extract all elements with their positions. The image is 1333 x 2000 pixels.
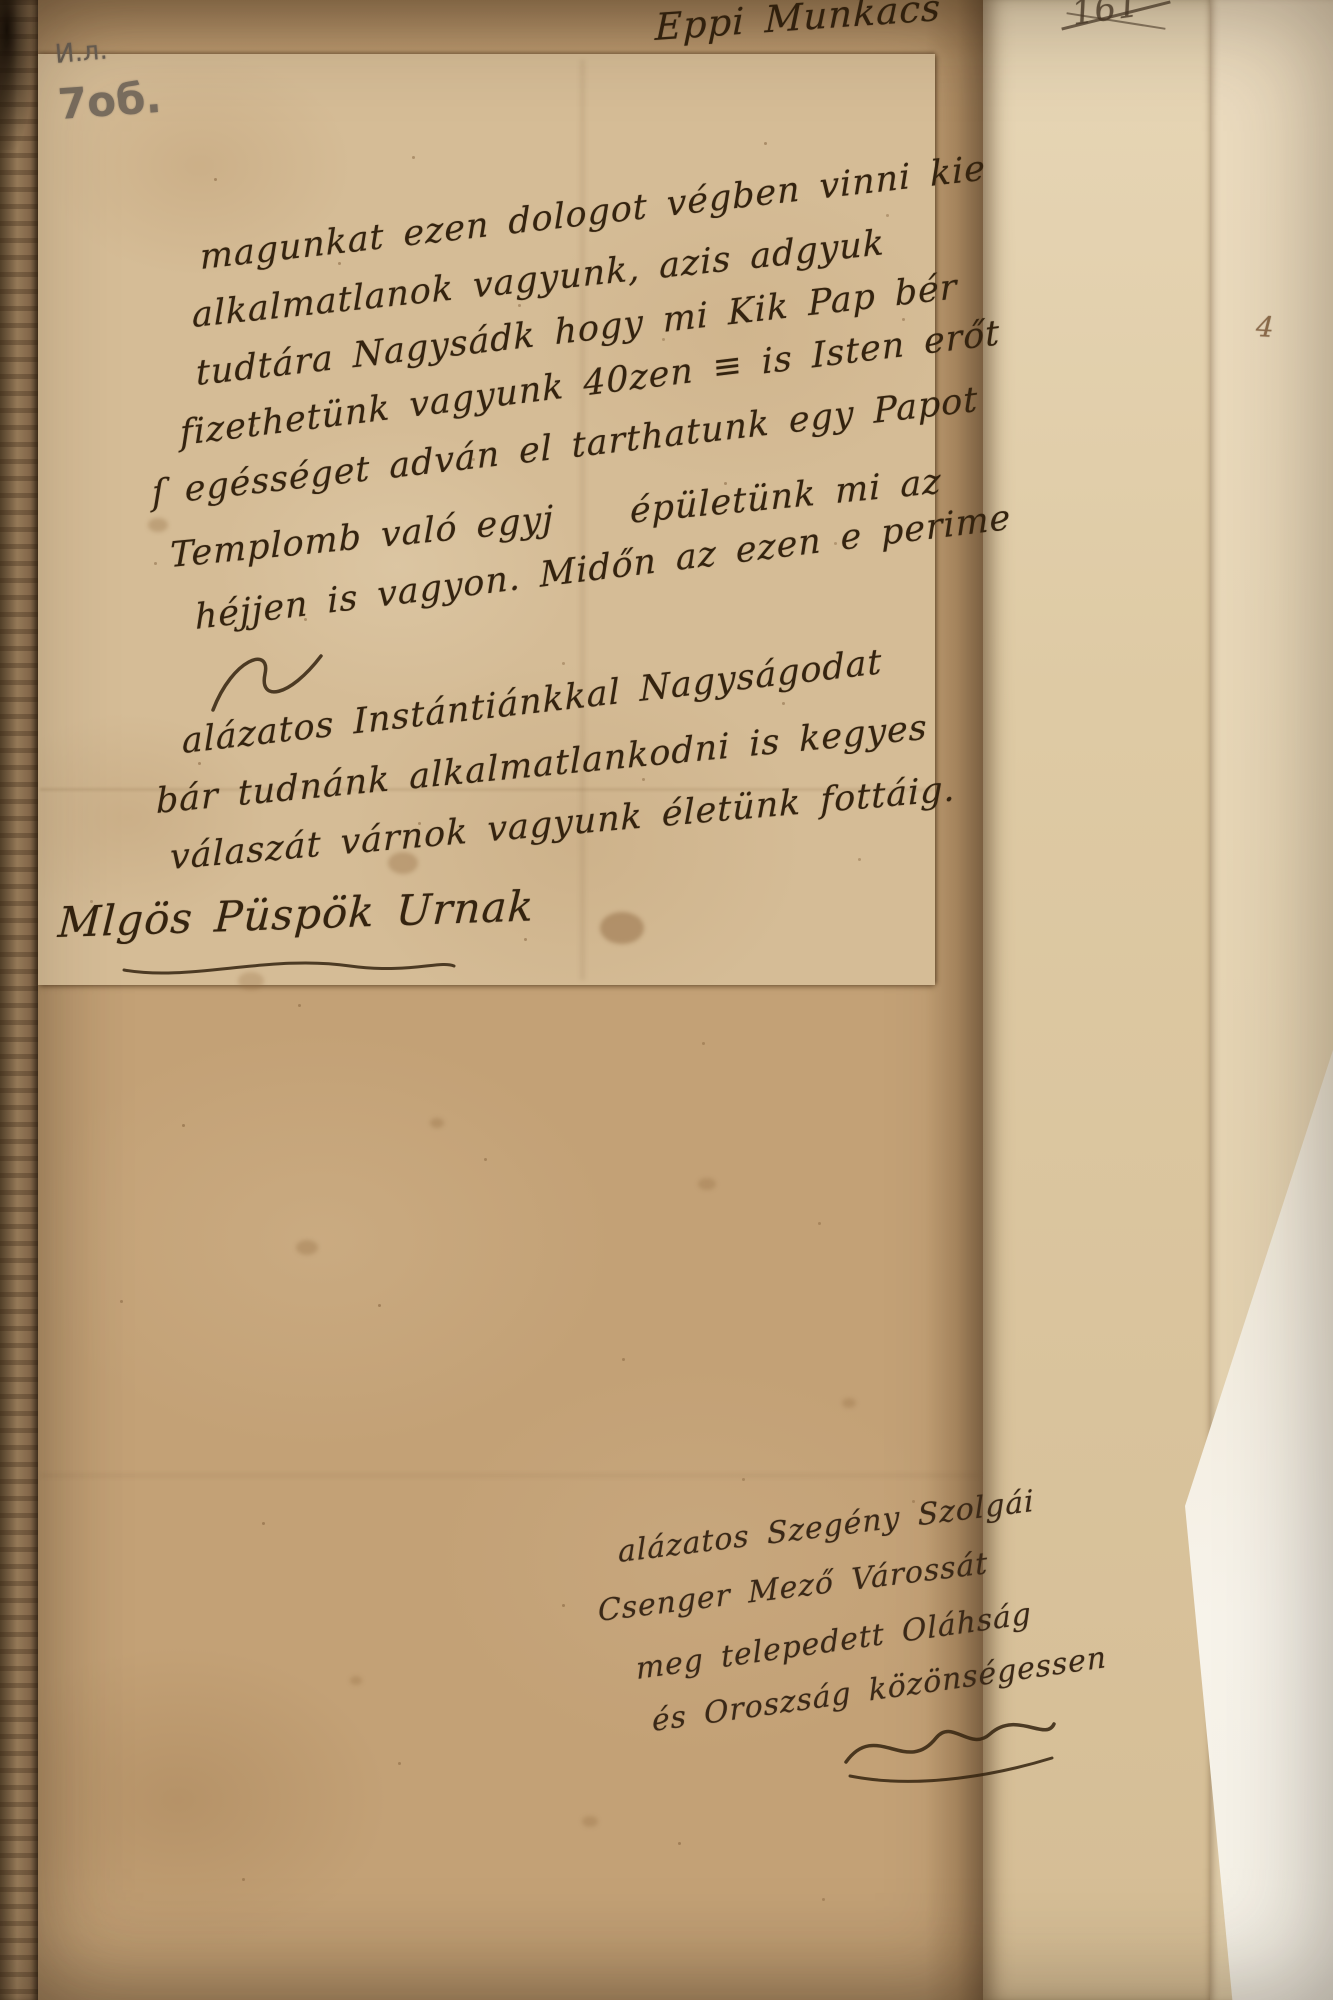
pencil-folio-mark: 7об. — [56, 73, 163, 129]
binding-gutter — [0, 0, 38, 2000]
stain — [600, 912, 644, 944]
stain — [842, 1398, 856, 1408]
stain — [296, 1240, 318, 1255]
lower-crease — [40, 1474, 980, 1477]
signature-flourish — [840, 1712, 1060, 1792]
stain — [350, 1676, 362, 1685]
side-page-number: 4 — [1255, 310, 1276, 344]
gutter-shadow-corner — [0, 0, 34, 150]
underlying-page-right — [983, 0, 1210, 2000]
pencil-initials-mark: И.л. — [54, 35, 109, 69]
stain — [698, 1178, 716, 1190]
ink-speckles — [0, 0, 3, 3]
stain — [148, 518, 168, 532]
manuscript-photo: И.л. 7об. Eppi Munkacs 161 4 magunkat ez… — [0, 0, 1333, 2000]
address-underline-flourish — [120, 952, 460, 980]
margin-flourish — [205, 640, 335, 720]
stain — [582, 1816, 598, 1827]
stain — [430, 1118, 444, 1128]
